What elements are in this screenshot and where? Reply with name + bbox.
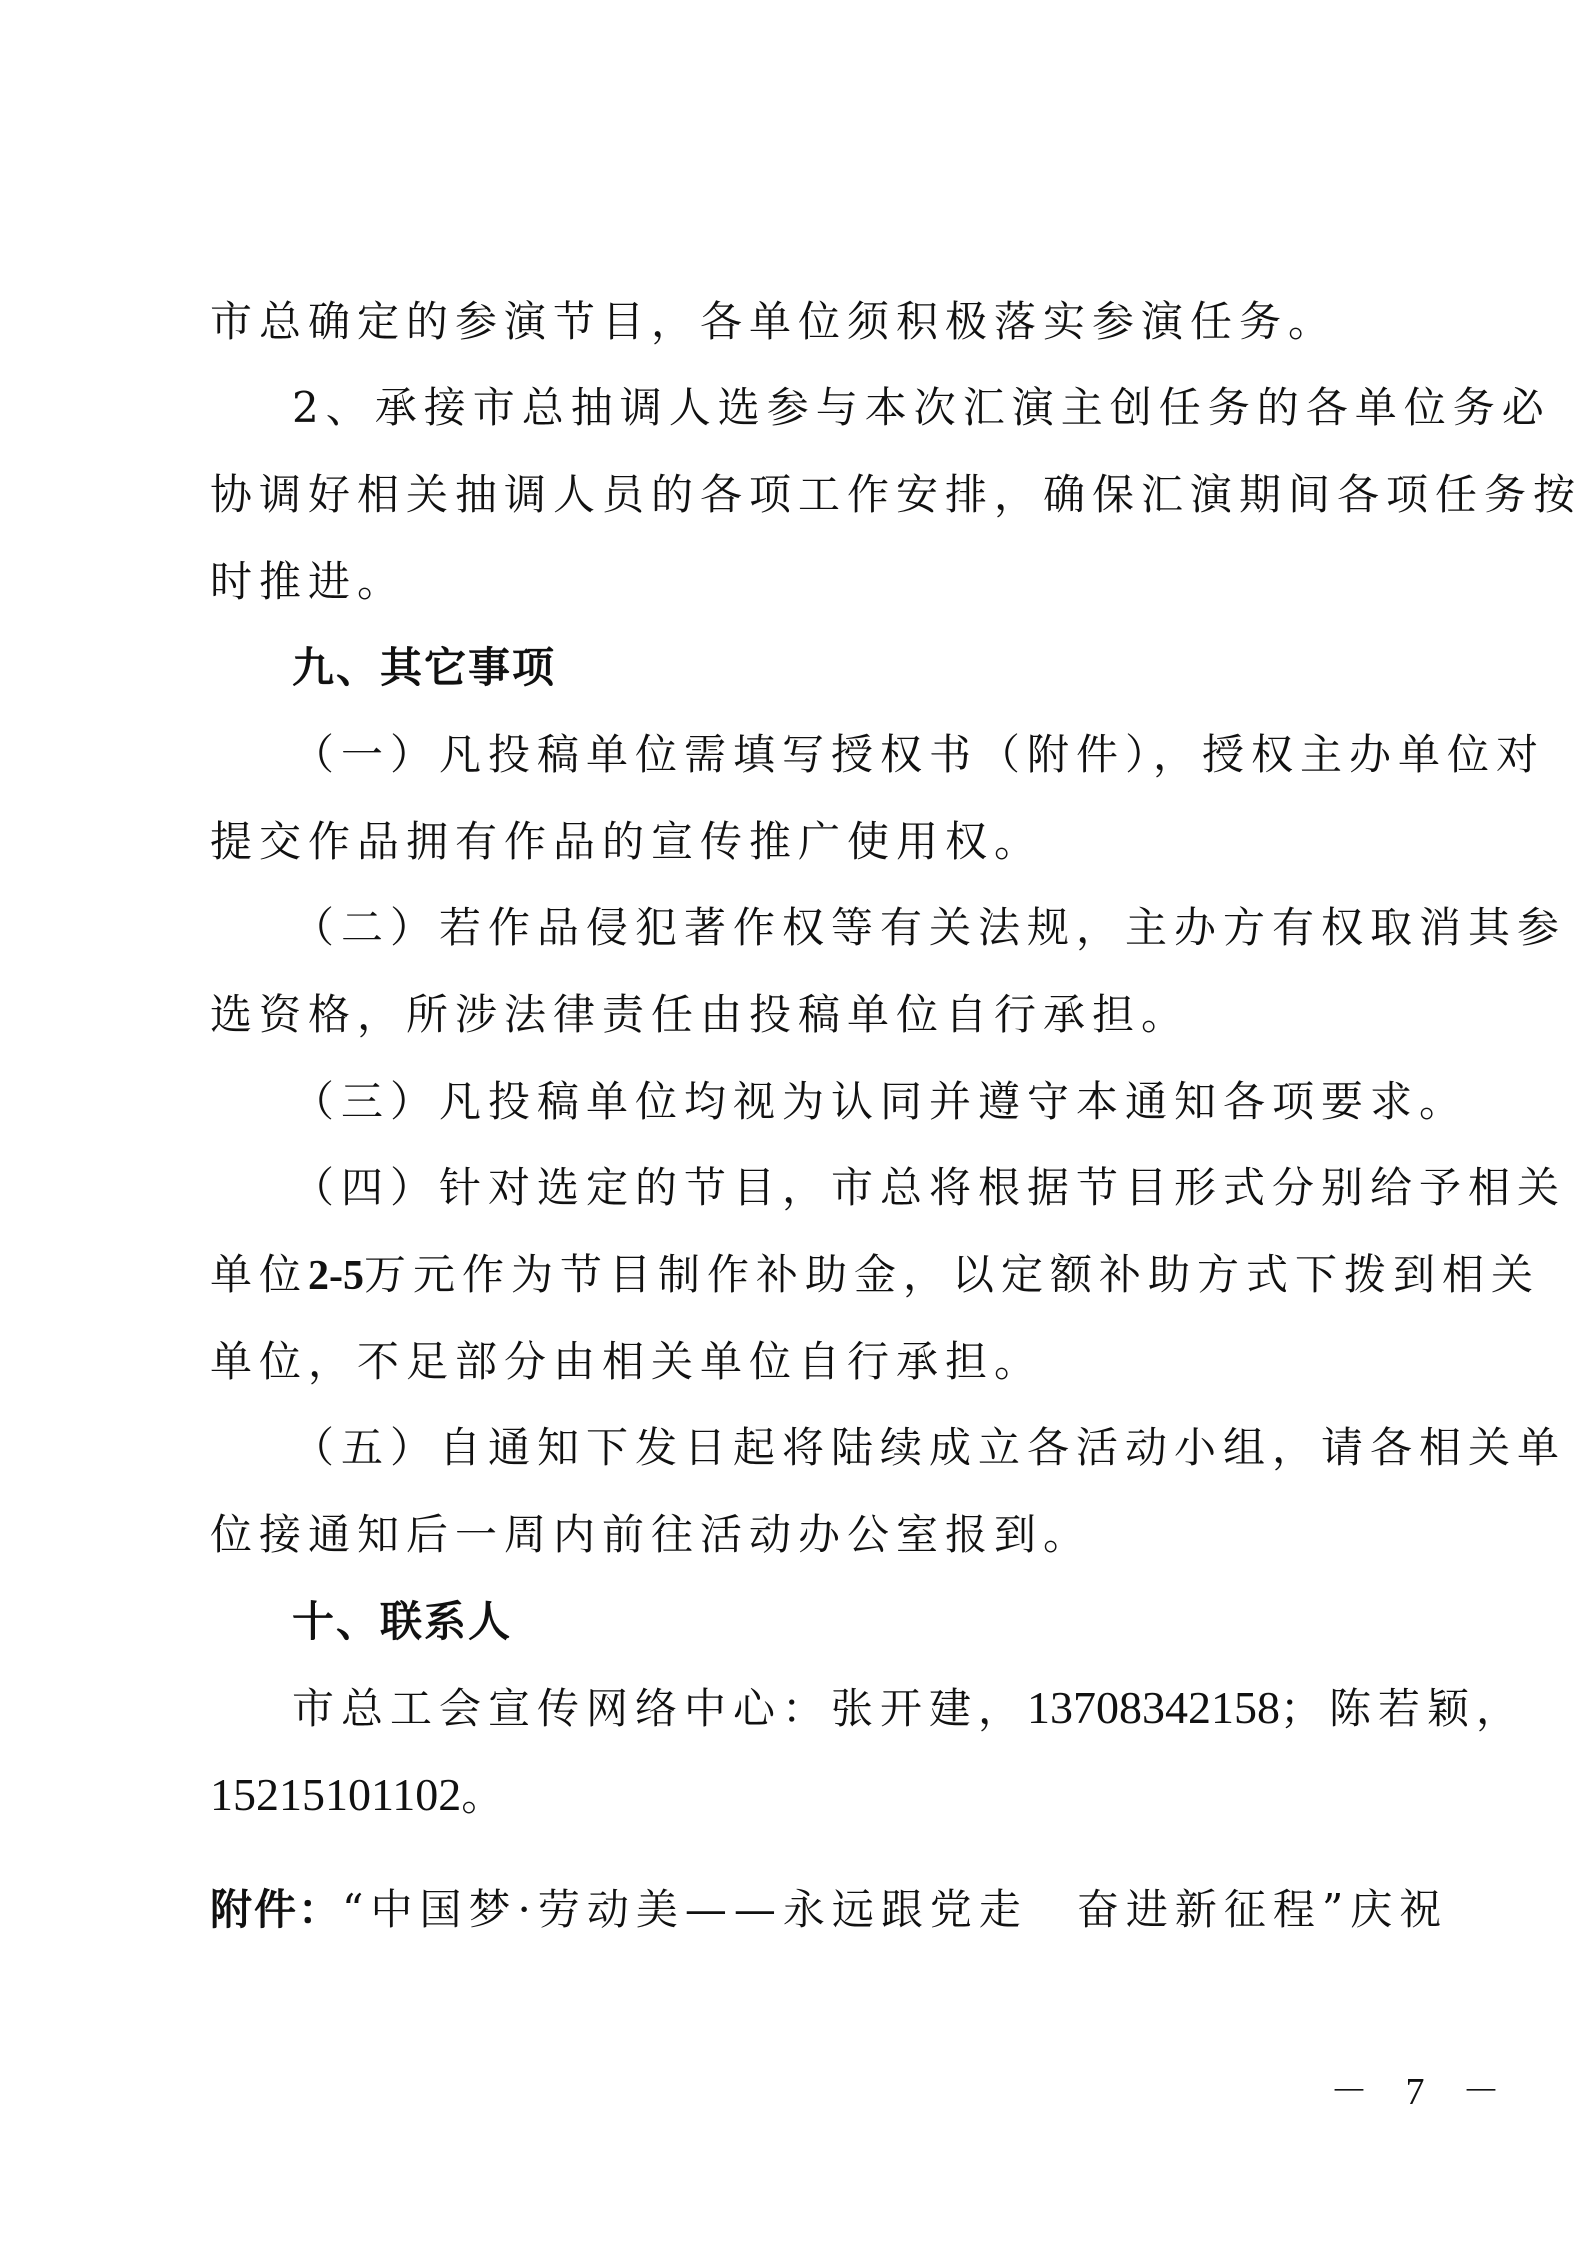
item-3-line-1: （三）凡投稿单位均视为认同并遵守本通知各项要求。: [292, 1072, 1400, 1132]
attachment-line: 附件：“中国梦·劳动美——永远跟党走 奋进新征程”庆祝: [210, 1880, 1400, 1940]
section-heading-9: 九、其它事项: [292, 638, 1400, 698]
document-page: 市总确定的参演节目，各单位须积极落实参演任务。 2、承接市总抽调人选参与本次汇演…: [0, 0, 1586, 2245]
item-1-line-2: 提交作品拥有作品的宣传推广使用权。: [210, 812, 1400, 872]
item-4-line-2-pre: 单位: [210, 1250, 308, 1299]
attachment-title: “中国梦·劳动美——永远跟党走 奋进新征程”庆祝: [342, 1885, 1448, 1934]
phone-number-2: 15215101102: [210, 1769, 461, 1820]
phone-number-1: 13708342158: [1027, 1682, 1280, 1733]
item-4-line-3: 单位，不足部分由相关单位自行承担。: [210, 1332, 1400, 1392]
item-4-line-1: （四）针对选定的节目，市总将根据节目形式分别给予相关: [292, 1158, 1400, 1218]
item-1-line-1: （一）凡投稿单位需填写授权书（附件），授权主办单位对: [292, 725, 1400, 785]
attachment-label: 附件：: [210, 1885, 342, 1934]
item-5-line-1: （五）自通知下发日起将陆续成立各活动小组，请各相关单: [292, 1418, 1400, 1478]
paragraph-line: 协调好相关抽调人员的各项工作安排，确保汇演期间各项任务按: [210, 465, 1400, 525]
item-2-line-2: 选资格，所涉法律责任由投稿单位自行承担。: [210, 985, 1400, 1045]
contact-line: 市总工会宣传网络中心：张开建，13708342158；陈若颖，: [292, 1678, 1400, 1739]
contact-line-2: 15215101102。: [210, 1765, 1400, 1826]
paragraph-line: 市总确定的参演节目，各单位须积极落实参演任务。: [210, 292, 1400, 352]
subsidy-amount: 2-5: [308, 1253, 364, 1299]
item-5-line-2: 位接通知后一周内前往活动办公室报到。: [210, 1505, 1400, 1565]
contact-second-name: ；陈若颖，: [1280, 1684, 1525, 1733]
paragraph-line: 时推进。: [210, 552, 1400, 612]
page-number: － 7 －: [1330, 2060, 1514, 2115]
contact-end: 。: [461, 1771, 510, 1820]
section-heading-10: 十、联系人: [292, 1592, 1400, 1652]
item-2-line-1: （二）若作品侵犯著作权等有关法规，主办方有权取消其参: [292, 898, 1400, 958]
paragraph-line: 2、承接市总抽调人选参与本次汇演主创任务的各单位务必: [292, 378, 1400, 438]
item-4-line-2: 单位2-5万元作为节目制作补助金，以定额补助方式下拨到相关: [210, 1245, 1400, 1306]
item-4-line-2-post: 万元作为节目制作补助金，以定额补助方式下拨到相关: [364, 1250, 1540, 1299]
contact-org-name: 市总工会宣传网络中心：张开建，: [292, 1684, 1027, 1733]
